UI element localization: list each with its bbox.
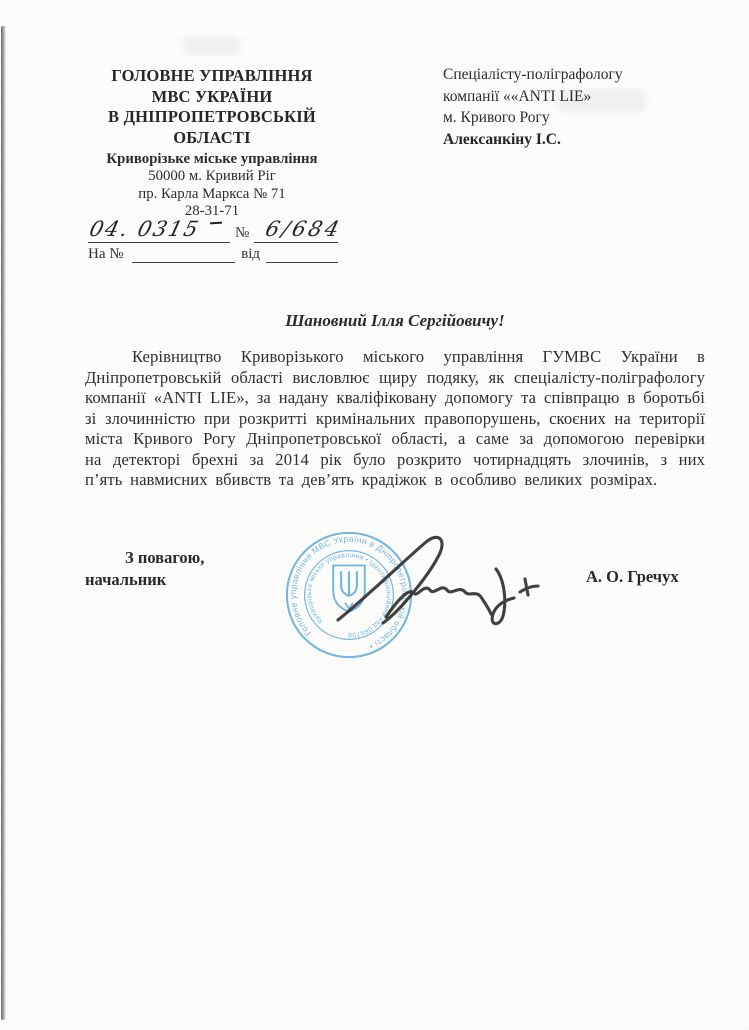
salutation: Шановний Ілля Сергійовичу! [85, 311, 705, 331]
body-paragraph: Керівництво Криворізького міського управ… [85, 347, 705, 491]
incoming-date-label: від [241, 246, 260, 264]
outgoing-number-blank: 6/684 [254, 219, 338, 243]
sender-org-line: В ДНІПРОПЕТРОВСЬКІЙ [86, 107, 338, 128]
sender-org-line: ГОЛОВНЕ УПРАВЛІННЯ [86, 66, 338, 87]
sender-org-line: МВС УКРАЇНИ [86, 87, 338, 108]
recipient-line: м. Кривого Рогу [443, 107, 623, 129]
incoming-number-blank [132, 247, 236, 263]
recipient-block: Спеціалісту-поліграфологу компанії ««ANT… [443, 64, 623, 150]
recipient-line: Спеціалісту-поліграфологу [443, 64, 623, 86]
sender-address-line: пр. Карла Маркса № 71 [86, 186, 338, 204]
scan-edge-artifact [1, 26, 6, 1020]
incoming-date-blank [266, 247, 338, 263]
signer-name: А. О. Гречух [586, 567, 679, 587]
scanned-letter-page: ГОЛОВНЕ УПРАВЛІННЯ МВС УКРАЇНИ В ДНІПРОП… [0, 0, 749, 1030]
recipient-line: компанії ««ANTI LIE» [443, 86, 623, 108]
outgoing-number-row: 04. 0315 № 6/684 [88, 219, 338, 243]
handwritten-number: 6/684 [263, 217, 345, 241]
reference-row: На № від [88, 246, 338, 264]
sender-letterhead: ГОЛОВНЕ УПРАВЛІННЯ МВС УКРАЇНИ В ДНІПРОП… [86, 66, 338, 221]
sender-subdivision: Криворізьке міське управління [86, 150, 338, 168]
scan-smudge [183, 37, 240, 54]
closing-block: З повагою, начальник [85, 547, 204, 590]
incoming-number-label: На № [88, 246, 124, 264]
closing-respectfully: З повагою, [85, 547, 204, 569]
recipient-name: Алексанкіну І.С. [443, 129, 623, 151]
number-sign: № [230, 225, 254, 243]
handwritten-date: 04. 0315 [87, 217, 202, 241]
outgoing-date-blank: 04. 0315 [88, 219, 230, 243]
handwriting-flourish [210, 222, 222, 225]
sender-address-line: 50000 м. Кривий Ріг [86, 168, 338, 186]
sender-org-line: ОБЛАСТІ [86, 128, 338, 149]
signature-ink [328, 517, 553, 635]
closing-position: начальник [85, 569, 204, 591]
